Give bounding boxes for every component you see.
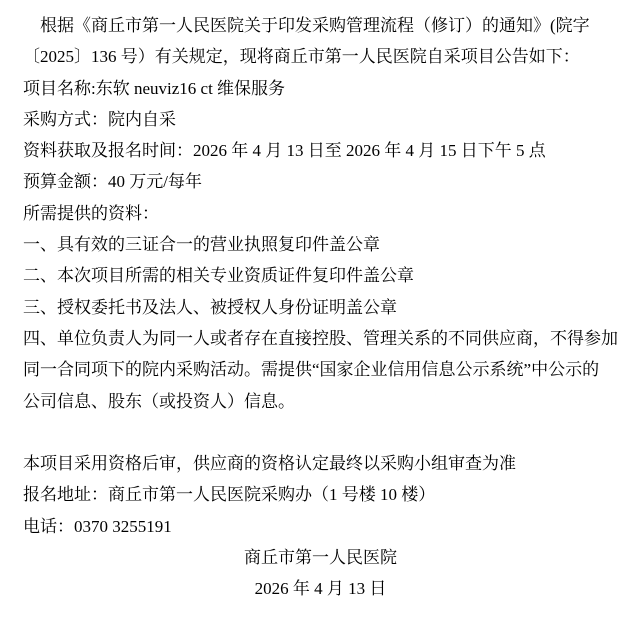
signature-date: 2026 年 4 月 13 日 bbox=[23, 573, 618, 604]
required-material-item-1: 一、具有效的三证合一的营业执照复印件盖公章 bbox=[23, 229, 618, 260]
required-materials-heading: 所需提供的资料： bbox=[23, 198, 618, 229]
registration-address: 报名地址：商丘市第一人民医院采购办（1 号楼 10 楼） bbox=[23, 479, 618, 510]
notice-reference-line-2: 〔2025〕136 号）有关规定，现将商丘市第一人民医院自采项目公告如下： bbox=[23, 41, 618, 72]
required-material-item-3: 三、授权委托书及法人、被授权人身份证明盖公章 bbox=[23, 292, 618, 323]
notice-reference-line-1: 根据《商丘市第一人民医院关于印发采购管理流程（修订）的通知》(院字 bbox=[23, 10, 618, 41]
project-name: 项目名称:东软 neuviz16 ct 维保服务 bbox=[23, 73, 618, 104]
required-material-item-4-line-2: 同一合同项下的院内采购活动。需提供“国家企业信用信息公示系统”中公示的 bbox=[23, 354, 618, 385]
required-material-item-4-line-3: 公司信息、股东（或投资人）信息。 bbox=[23, 386, 618, 417]
notice-document-page: 根据《商丘市第一人民医院关于印发采购管理流程（修订）的通知》(院字 〔2025〕… bbox=[0, 0, 640, 644]
phone-number: 电话：0370 3255191 bbox=[23, 511, 618, 542]
required-material-item-4-line-1: 四、单位负责人为同一人或者存在直接控股、管理关系的不同供应商，不得参加 bbox=[23, 323, 618, 354]
signature-hospital-name: 商丘市第一人民医院 bbox=[23, 542, 618, 573]
blank-line bbox=[23, 417, 618, 448]
required-material-item-2: 二、本次项目所需的相关专业资质证件复印件盖公章 bbox=[23, 260, 618, 291]
registration-time: 资料获取及报名时间：2026 年 4 月 13 日至 2026 年 4 月 15… bbox=[23, 135, 618, 166]
budget-amount: 预算金额：40 万元/每年 bbox=[23, 166, 618, 197]
qualification-review-note: 本项目采用资格后审，供应商的资格认定最终以采购小组审查为准 bbox=[23, 448, 618, 479]
procurement-method: 采购方式：院内自采 bbox=[23, 104, 618, 135]
